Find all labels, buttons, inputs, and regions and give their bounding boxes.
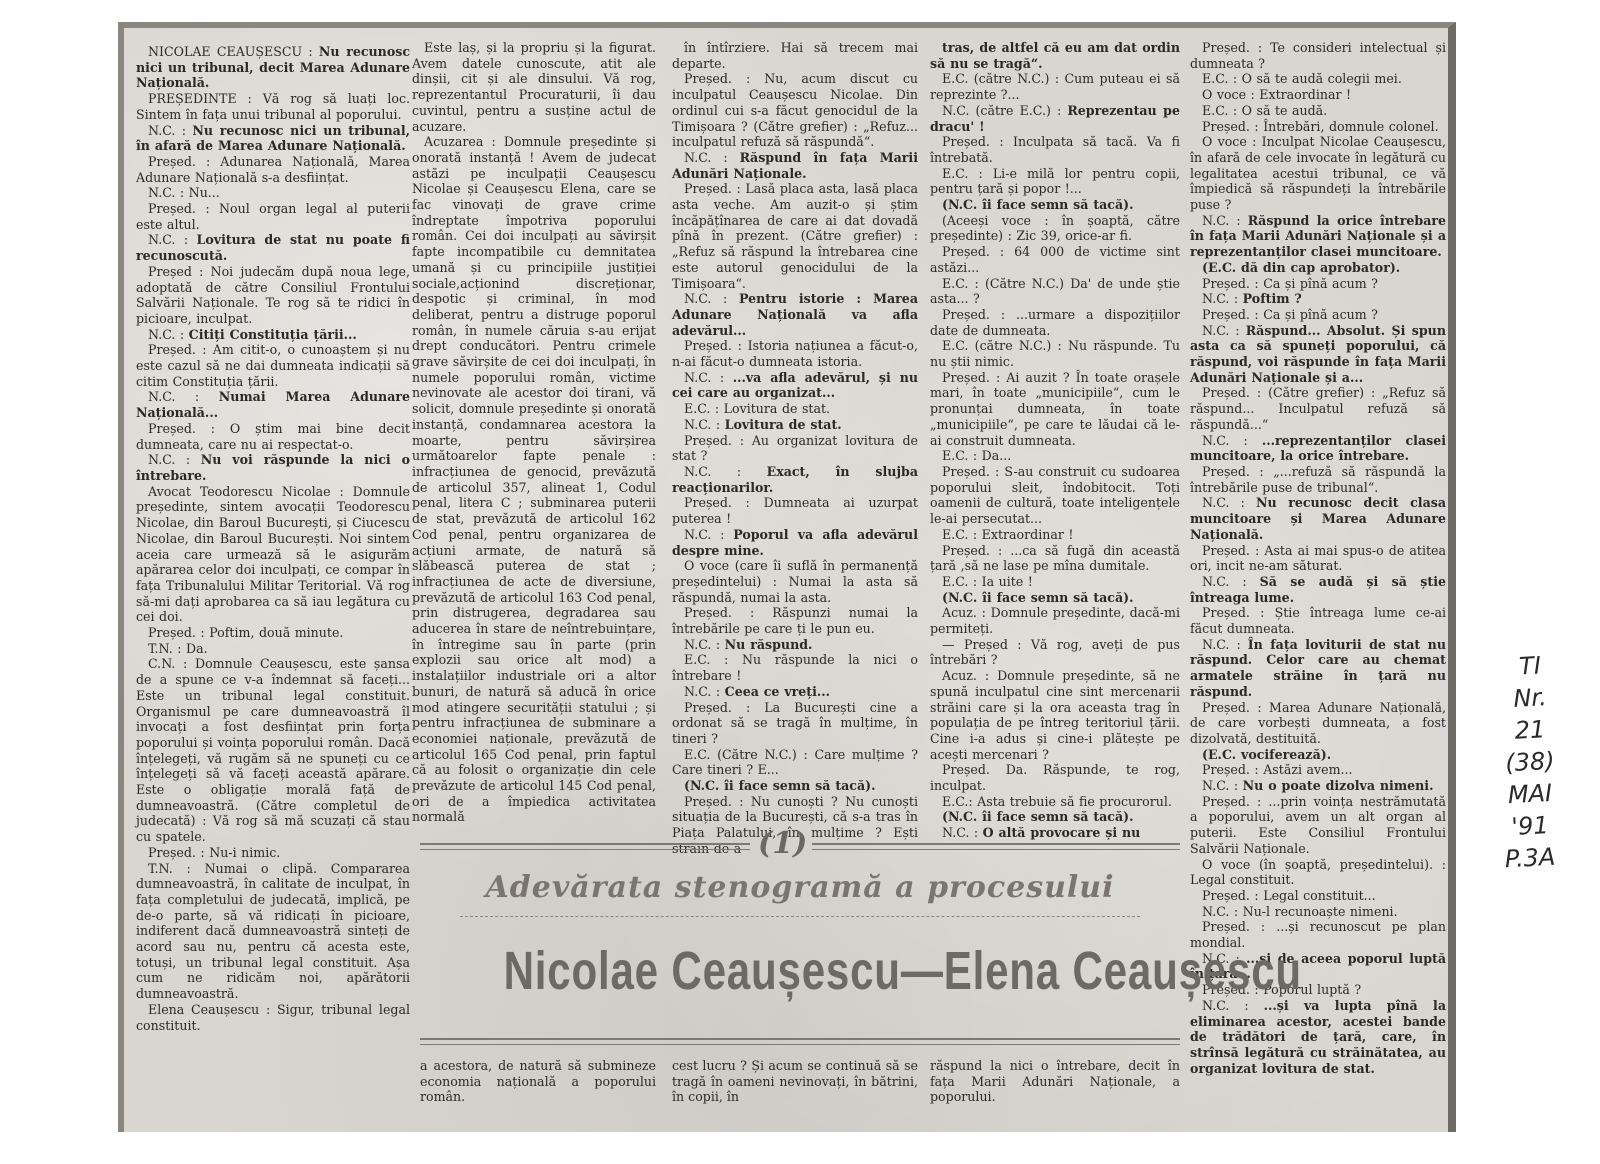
speaker-label: Președ. : <box>148 154 210 169</box>
transcript-paragraph: E.C. : Lovitura de stat. <box>672 401 918 417</box>
transcript-paragraph: E.C.: Asta trebuie să fie procurorul. <box>930 794 1180 810</box>
transcript-paragraph: N.C. : Citiți Constituția țării... <box>136 327 410 343</box>
speaker-label: N.C. : <box>684 684 720 699</box>
transcript-paragraph: N.C. : ...va afla adevărul, și nu cei ca… <box>672 370 918 401</box>
speaker-label: Președ. : <box>148 421 215 436</box>
speech-text: Domnule președinte, sintem avocații Teod… <box>136 484 410 625</box>
transcript-paragraph: E.C. (către N.C.) : Cum puteau ei să rep… <box>930 71 1180 102</box>
transcript-paragraph: N.C. : Lovitura de stat. <box>672 417 918 433</box>
text-column-4: tras, de altfel că eu am dat ordin să nu… <box>930 40 1180 810</box>
speaker-label: E.C. : <box>684 652 728 667</box>
transcript-paragraph: Acuz. : Domnule președinte, dacă-mi perm… <box>930 605 1180 636</box>
transcript-paragraph: N.C. : Numai Marea Adunare Națională... <box>136 389 410 420</box>
speaker-label: E.C. (Către N.C.) : <box>684 747 808 762</box>
kicker-rule <box>460 916 1140 917</box>
speech-text: Ceea ce vreți... <box>725 684 830 699</box>
transcript-paragraph: O voce : Inculpat Nicolae Ceaușescu, în … <box>1190 134 1446 213</box>
speaker-label: Președ. : <box>684 495 750 510</box>
speaker-label: Președ. : <box>942 543 1002 558</box>
speaker-label: Președ. : <box>1202 119 1259 134</box>
transcript-paragraph: C.N. : Domnule Ceaușescu, este șansa de … <box>136 656 410 844</box>
speech-text: Legal constituit... <box>1263 888 1376 903</box>
transcript-paragraph: Președ. : ...ca să fugă din această țară… <box>930 543 1180 574</box>
transcript-paragraph: N.C. : Poporul va afla adevărul despre m… <box>672 527 918 558</box>
speaker-label: Acuzarea : <box>424 134 496 149</box>
transcript-paragraph: Președ. : Ai auzit ? În toate orașele ma… <box>930 370 1180 449</box>
speech-text: O să te audă colegii mei. <box>1242 71 1402 86</box>
speaker-label: N.C. : <box>1202 323 1240 338</box>
transcript-paragraph: Președ. : Asta ai mai spus-o de atitea o… <box>1190 543 1446 574</box>
transcript-paragraph: (N.C. îi face semn să tacă). <box>672 778 918 794</box>
speaker-label: N.C. : <box>148 389 199 404</box>
title-rule-bottom <box>420 1038 1180 1045</box>
speech-text: Lovitura de stat. <box>725 417 842 432</box>
speaker-label: Președ. : <box>1202 605 1264 620</box>
speech-text: Lasă placa asta, lasă placa asta veche. … <box>672 181 918 290</box>
speech-text: O să te audă. <box>1242 103 1328 118</box>
speaker-label: Președ. : <box>942 370 1000 385</box>
speaker-label: Președ. : <box>1202 385 1261 400</box>
transcript-paragraph: N.C. : Nu răspund. <box>672 637 918 653</box>
speaker-label: E.C. : <box>942 166 983 181</box>
transcript-paragraph: E.C. : Li-e milă lor pentru copii, pentr… <box>930 166 1180 197</box>
transcript-paragraph: Președ. : ...prin voința nestrămutată a … <box>1190 794 1446 857</box>
speech-text: (N.C. îi face semn să tacă). <box>942 809 1133 824</box>
speaker-label: E.C. (către N.C.) : <box>942 71 1059 86</box>
transcript-paragraph: Președ. : Nu-i nimic. <box>136 845 410 861</box>
transcript-paragraph: N.C. : Pentru istorie : Marea Adunare Na… <box>672 291 918 338</box>
speech-text: Întrebări, domnule colonel. <box>1263 119 1438 134</box>
text-column-1: NICOLAE CEAUȘESCU : Nu recunosc nici un … <box>136 44 410 1124</box>
transcript-paragraph: Președ. : Am citit-o, o cunoaștem și nu … <box>136 342 410 389</box>
speaker-label: Președ. : <box>684 605 754 620</box>
speech-text: Nu-i nimic. <box>209 845 280 860</box>
speech-text: Poftim ? <box>1243 291 1302 306</box>
speaker-label: Președ. : <box>942 134 1004 149</box>
speaker-label: N.C. (către E.C.) : <box>942 103 1061 118</box>
speaker-label: Președ. : <box>1202 307 1259 322</box>
article-title: Nicolae Ceaușescu—Elena Ceaușescu <box>504 940 1097 1002</box>
speaker-label: Președ. : <box>1202 794 1261 809</box>
speaker-label: Președ. : <box>148 845 205 860</box>
transcript-paragraph: E.C. : Da... <box>930 448 1180 464</box>
speech-text: Da. <box>186 641 208 656</box>
handwritten-line: P.3A <box>1479 839 1581 876</box>
speech-text: Nu o poate dizolva nimeni. <box>1243 778 1434 793</box>
speaker-label: Președ. : <box>684 433 744 448</box>
transcript-paragraph: NICOLAE CEAUȘESCU : Nu recunosc nici un … <box>136 44 410 91</box>
speaker-label: Președ. : <box>942 244 1004 259</box>
transcript-paragraph: Președ. : 64 000 de victime sint astăzi.… <box>930 244 1180 275</box>
speaker-label: Președ : <box>148 264 203 279</box>
transcript-paragraph: tras, de altfel că eu am dat ordin să nu… <box>930 40 1180 71</box>
transcript-paragraph: Președ. : Ca și pînă acum ? <box>1190 276 1446 292</box>
transcript-paragraph: Președ. : Întrebări, domnule colonel. <box>1190 119 1446 135</box>
speech-text: Nu... <box>189 185 220 200</box>
bottom-column-4: răspund la nici o întrebare, decit în fa… <box>930 1058 1180 1105</box>
speaker-label: Președ. : <box>1202 888 1259 903</box>
transcript-paragraph: N.C. : Nu recunosc nici un tribunal, în … <box>136 123 410 154</box>
speech-text: Domnule Ceaușescu, este șansa de a spune… <box>136 656 410 844</box>
transcript-paragraph: Acuzarea : Domnule președinte și onorată… <box>412 134 656 825</box>
speaker-label: N.C. : <box>1202 637 1241 652</box>
speaker-label: Președ. : <box>148 342 206 357</box>
speech-text: Astăzi avem... <box>1263 762 1352 777</box>
speaker-label: E.C. : <box>1202 103 1237 118</box>
speaker-label: Președ. : <box>684 71 750 86</box>
transcript-paragraph: (E.C. vociferează). <box>1190 747 1446 763</box>
transcript-paragraph: Președ. : Marea Adunare Națională, de ca… <box>1190 700 1446 747</box>
transcript-paragraph: (N.C. îi face semn să tacă). <box>930 590 1180 606</box>
transcript-paragraph: PREȘEDINTE : Vă rog să luați loc. Sintem… <box>136 91 410 122</box>
speaker-label: N.C. : <box>148 185 184 200</box>
speaker-label: N.C. : <box>148 452 190 467</box>
speaker-label: N.C. : <box>684 637 720 652</box>
header-rule-right <box>812 843 1180 850</box>
speech-text: Domnule președinte și onorată instanță !… <box>412 134 656 824</box>
speaker-label: Elena Ceaușescu : <box>148 1002 270 1017</box>
speaker-label: N.C. : <box>148 123 186 138</box>
transcript-paragraph: N.C. : Nu o poate dizolva nimeni. <box>1190 778 1446 794</box>
speech-text: (N.C. îi face semn să tacă). <box>684 778 875 793</box>
transcript-paragraph: în întîrziere. Hai să trecem mai departe… <box>672 40 918 71</box>
speech-text: Extraordinar ! <box>1259 87 1351 102</box>
handwritten-line: 21 <box>1479 711 1581 748</box>
transcript-paragraph: Președ. : Poftim, două minute. <box>136 625 410 641</box>
newspaper-clipping: NICOLAE CEAUȘESCU : Nu recunosc nici un … <box>118 22 1456 1132</box>
speaker-label: E.C. : <box>684 401 719 416</box>
speech-text: O altă provocare și nu <box>983 825 1141 840</box>
transcript-paragraph: — Președ : Vă rog, aveți de pus întrebăr… <box>930 637 1180 668</box>
speaker-label: N.C. : <box>1202 495 1245 510</box>
handwritten-line: TI <box>1479 647 1581 684</box>
transcript-paragraph: E.C. : Nu răspunde la nici o întrebare ! <box>672 652 918 683</box>
speaker-label: T.N. : <box>148 861 191 876</box>
transcript-paragraph: T.N. : Numai o clipă. Compararea dumneav… <box>136 861 410 1002</box>
transcript-paragraph: E.C. : O să te audă colegii mei. <box>1190 71 1446 87</box>
speaker-label: Președ. : <box>148 201 210 216</box>
speaker-label: N.C. : <box>684 464 741 479</box>
transcript-paragraph: N.C. : ...și va lupta pînă la eliminarea… <box>1190 998 1446 1077</box>
transcript-paragraph: N.C. : Să se audă și să știe întreaga lu… <box>1190 574 1446 605</box>
article-kicker: Adevărata stenogramă a procesului <box>420 870 1180 905</box>
speaker-label: Președ. : <box>1202 919 1265 934</box>
transcript-paragraph: (N.C. îi face semn să tacă). <box>930 809 1180 825</box>
transcript-paragraph: Președ. : Dumneata ai uzurpat puterea ! <box>672 495 918 526</box>
speech-text: Zic 39, orice-ar fi. <box>1016 228 1132 243</box>
transcript-paragraph: Președ. : Lasă placa asta, lasă placa as… <box>672 181 918 291</box>
speaker-label: Președ. : <box>1202 464 1264 479</box>
transcript-paragraph: N.C. (către E.C.) : Reprezentau pe dracu… <box>930 103 1180 134</box>
speaker-label: E.C. : <box>942 574 977 589</box>
speaker-label: Președ. : <box>684 181 741 196</box>
speaker-label: Președ. <box>942 762 990 777</box>
speaker-label: E.C. : <box>942 527 977 542</box>
transcript-paragraph: Avocat Teodorescu Nicolae : Domnule preș… <box>136 484 410 625</box>
speaker-label: Acuz. : <box>942 668 989 683</box>
speaker-label: N.C. : <box>148 232 188 247</box>
transcript-paragraph: E.C. (Către N.C.) : Care mulțime ? Care … <box>672 747 918 778</box>
transcript-paragraph: Președ. : Astăzi avem... <box>1190 762 1446 778</box>
speaker-label: E.C. : <box>942 448 977 463</box>
transcript-paragraph: E.C. : O să te audă. <box>1190 103 1446 119</box>
speaker-label: Președ. : <box>1202 276 1259 291</box>
transcript-paragraph: N.C. : Poftim ? <box>1190 291 1446 307</box>
speaker-label: T.N. : <box>148 641 182 656</box>
speaker-label: N.C. : <box>684 527 724 542</box>
transcript-paragraph: Președ. : S-au construit cu sudoarea pop… <box>930 464 1180 527</box>
transcript-paragraph: N.C. : Exact, în slujba reacționarilor. <box>672 464 918 495</box>
speaker-label: Președ. : <box>684 700 750 715</box>
bottom-column-3: cest lucru ? Și acum se continuă să se t… <box>672 1058 918 1105</box>
speech-text: Asta trebuie să fie procurorul. <box>977 794 1172 809</box>
transcript-paragraph: Președ. : Inculpata să tacă. Va fi între… <box>930 134 1180 165</box>
speech-text: (E.C. vociferează). <box>1202 747 1331 762</box>
speaker-label: Avocat Teodorescu Nicolae : <box>148 484 344 499</box>
speech-text: Legal constituit. <box>1190 872 1294 887</box>
speech-text: Ca și pînă acum ? <box>1263 307 1378 322</box>
header-rule-left <box>420 843 750 850</box>
transcript-paragraph: Președ. : „...refuză să răspundă la într… <box>1190 464 1446 495</box>
speech-text: Da... <box>982 448 1012 463</box>
speaker-label: C.N. : <box>148 656 187 671</box>
speech-text: în întîrziere. Hai să trecem mai departe… <box>672 40 918 71</box>
speaker-label: Președ. : <box>1202 762 1259 777</box>
speaker-label: Președ. : <box>942 307 1005 322</box>
transcript-paragraph: N.C. : Ceea ce vreți... <box>672 684 918 700</box>
speaker-label: N.C. : <box>1202 904 1238 919</box>
transcript-paragraph: Președ. : La București cine a ordonat să… <box>672 700 918 747</box>
speech-text: (N.C. îi face semn să tacă). <box>942 590 1133 605</box>
transcript-paragraph: Președ. : ...urmare a dispozițiilor date… <box>930 307 1180 338</box>
text-column-3: în întîrziere. Hai să trecem mai departe… <box>672 40 918 810</box>
transcript-paragraph: T.N. : Da. <box>136 641 410 657</box>
transcript-paragraph: N.C. : Răspund la orice întrebare în faț… <box>1190 213 1446 260</box>
transcript-paragraph: Președ. : Au organizat lovitura de stat … <box>672 433 918 464</box>
speaker-label: E.C.: <box>942 794 973 809</box>
transcript-paragraph: N.C. : O altă provocare și nu <box>930 825 1180 841</box>
speaker-label: O voce : <box>1202 134 1256 149</box>
transcript-paragraph: O voce (în șoaptă, președintelui). : Leg… <box>1190 857 1446 888</box>
speaker-label: N.C. : <box>942 825 978 840</box>
speaker-label: Președ. : <box>1202 700 1262 715</box>
transcript-paragraph: Este laș, și la propriu și la figurat. A… <box>412 40 656 134</box>
transcript-paragraph: Elena Ceaușescu : Sigur, tribunal legal … <box>136 1002 410 1033</box>
speaker-label: Președ. : <box>1202 40 1262 55</box>
transcript-paragraph: Președ. : (Către grefier) : „Refuz să ră… <box>1190 385 1446 432</box>
speaker-label: N.C. : <box>1202 778 1238 793</box>
speaker-label: N.C. : <box>684 150 728 165</box>
speech-text: (E.C. dă din cap aprobator). <box>1202 260 1400 275</box>
transcript-paragraph: Președ. : Te consideri intelectual și du… <box>1190 40 1446 71</box>
transcript-paragraph: Președ. Da. Răspunde, te rog, inculpat. <box>930 762 1180 793</box>
speech-text: Extraordinar ! <box>982 527 1074 542</box>
speaker-label: N.C. : <box>148 327 184 342</box>
issue-marker: (1) <box>758 826 807 861</box>
transcript-paragraph: E.C. : Ia uite ! <box>930 574 1180 590</box>
speech-text: Nu-l recunoaște nimeni. <box>1243 904 1398 919</box>
speech-text: Poftim, două minute. <box>209 625 343 640</box>
transcript-paragraph: N.C. : Nu recunosc decit clasa muncitoar… <box>1190 495 1446 542</box>
speech-text: (N.C. îi face semn să tacă). <box>942 197 1133 212</box>
speaker-label: NICOLAE CEAUȘESCU : <box>148 44 313 59</box>
text-column-2: Este laș, și la propriu și la figurat. A… <box>412 40 656 810</box>
transcript-paragraph: (E.C. dă din cap aprobator). <box>1190 260 1446 276</box>
transcript-paragraph: N.C. : Nu voi răspunde la nici o întreba… <box>136 452 410 483</box>
transcript-paragraph: Președ. : O știm mai bine decit dumneata… <box>136 421 410 452</box>
speaker-label: N.C. : <box>684 417 720 432</box>
transcript-paragraph: Președ. : Adunarea Națională, Marea Adun… <box>136 154 410 185</box>
transcript-paragraph: N.C. : ...reprezentanților clasei muncit… <box>1190 433 1446 464</box>
speech-text: Lovitura de stat. <box>724 401 830 416</box>
transcript-paragraph: Acuz. : Domnule președinte, să ne spună … <box>930 668 1180 762</box>
speech-text: tras, de altfel că eu am dat ordin să nu… <box>930 40 1180 71</box>
speaker-label: N.C. : <box>684 370 724 385</box>
speaker-label: N.C. : <box>1202 291 1238 306</box>
transcript-paragraph: Președ. : Istoria națiunea a făcut-o, n-… <box>672 338 918 369</box>
speech-text: Ca și pînă acum ? <box>1263 276 1378 291</box>
handwritten-line: MAI <box>1479 775 1581 812</box>
transcript-paragraph: Președ. : Răspunzi numai la întrebările … <box>672 605 918 636</box>
handwritten-line: '91 <box>1479 807 1581 844</box>
speaker-label: Președ. : <box>1202 543 1259 558</box>
transcript-paragraph: E.C. : Extraordinar ! <box>930 527 1180 543</box>
transcript-paragraph: E.C. (către N.C.) : Nu răspunde. Tu nu ș… <box>930 338 1180 369</box>
transcript-paragraph: E.C. : (Către N.C.) Da' de unde știe ast… <box>930 276 1180 307</box>
transcript-paragraph: N.C. : Nu-l recunoaște nimeni. <box>1190 904 1446 920</box>
speaker-label: N.C. : <box>1202 433 1248 448</box>
speaker-label: E.C. : <box>942 276 979 291</box>
speaker-label: Președ. : <box>942 464 999 479</box>
speech-text: Este laș, și la propriu și la figurat. A… <box>412 40 656 134</box>
transcript-paragraph: Președ. : Știe întreaga lume ce-ai făcut… <box>1190 605 1446 636</box>
speaker-label: N.C. : <box>1202 213 1241 228</box>
transcript-paragraph: O voce : Extraordinar ! <box>1190 87 1446 103</box>
speech-text: Numai o clipă. Compararea dumneavoastră,… <box>136 861 410 1002</box>
speaker-label: Președ. : <box>684 794 744 809</box>
transcript-paragraph: Președ : Noi judecăm după noua lege, ado… <box>136 264 410 327</box>
transcript-paragraph: Președ. : Ca și pînă acum ? <box>1190 307 1446 323</box>
speaker-label: Președ. : <box>148 625 205 640</box>
speech-text: Ia uite ! <box>982 574 1033 589</box>
transcript-paragraph: Președ. : Noul organ legal al puterii es… <box>136 201 410 232</box>
speaker-label: Acuz. : <box>942 605 986 620</box>
speaker-label: N.C. : <box>684 291 727 306</box>
speaker-label: PREȘEDINTE : <box>148 91 252 106</box>
speaker-label: E.C. : <box>1202 71 1237 86</box>
transcript-paragraph: N.C. : Lovitura de stat nu poate fi recu… <box>136 232 410 263</box>
speaker-label: E.C. (către N.C.) : <box>942 338 1062 353</box>
speaker-label: Președ. : <box>684 338 742 353</box>
speaker-label: O voce (în șoaptă, președintelui). : <box>1202 857 1446 872</box>
transcript-paragraph: Președ. : Legal constituit... <box>1190 888 1446 904</box>
transcript-paragraph: (N.C. îi face semn să tacă). <box>930 197 1180 213</box>
handwritten-line: (38) <box>1479 743 1581 780</box>
speaker-label: N.C. : <box>1202 574 1247 589</box>
handwritten-line: Nr. <box>1479 679 1581 716</box>
speech-text: Citiți Constituția țării... <box>189 327 357 342</box>
transcript-paragraph: (Aceeși voce : în șoaptă, către președin… <box>930 213 1180 244</box>
transcript-paragraph: N.C. : Răspund... Absolut. Și spun asta … <box>1190 323 1446 386</box>
handwritten-note: TI Nr. 21 (38) MAI '91 P.3A <box>1480 650 1580 874</box>
bottom-column-2: a acestora, de natură să submineze econo… <box>420 1058 656 1105</box>
speaker-label: — Președ : <box>942 637 1022 652</box>
transcript-paragraph: N.C. : Răspund în fața Marii Adunări Naț… <box>672 150 918 181</box>
transcript-paragraph: N.C. : Nu... <box>136 185 410 201</box>
speaker-label: O voce : <box>1202 87 1255 102</box>
transcript-paragraph: N.C. : În fața loviturii de stat nu răsp… <box>1190 637 1446 700</box>
transcript-paragraph: O voce (care îi suflă în permanență preș… <box>672 558 918 605</box>
speech-text: Nu răspund. <box>725 637 813 652</box>
transcript-paragraph: Președ. : Nu, acum discut cu inculpatul … <box>672 71 918 150</box>
